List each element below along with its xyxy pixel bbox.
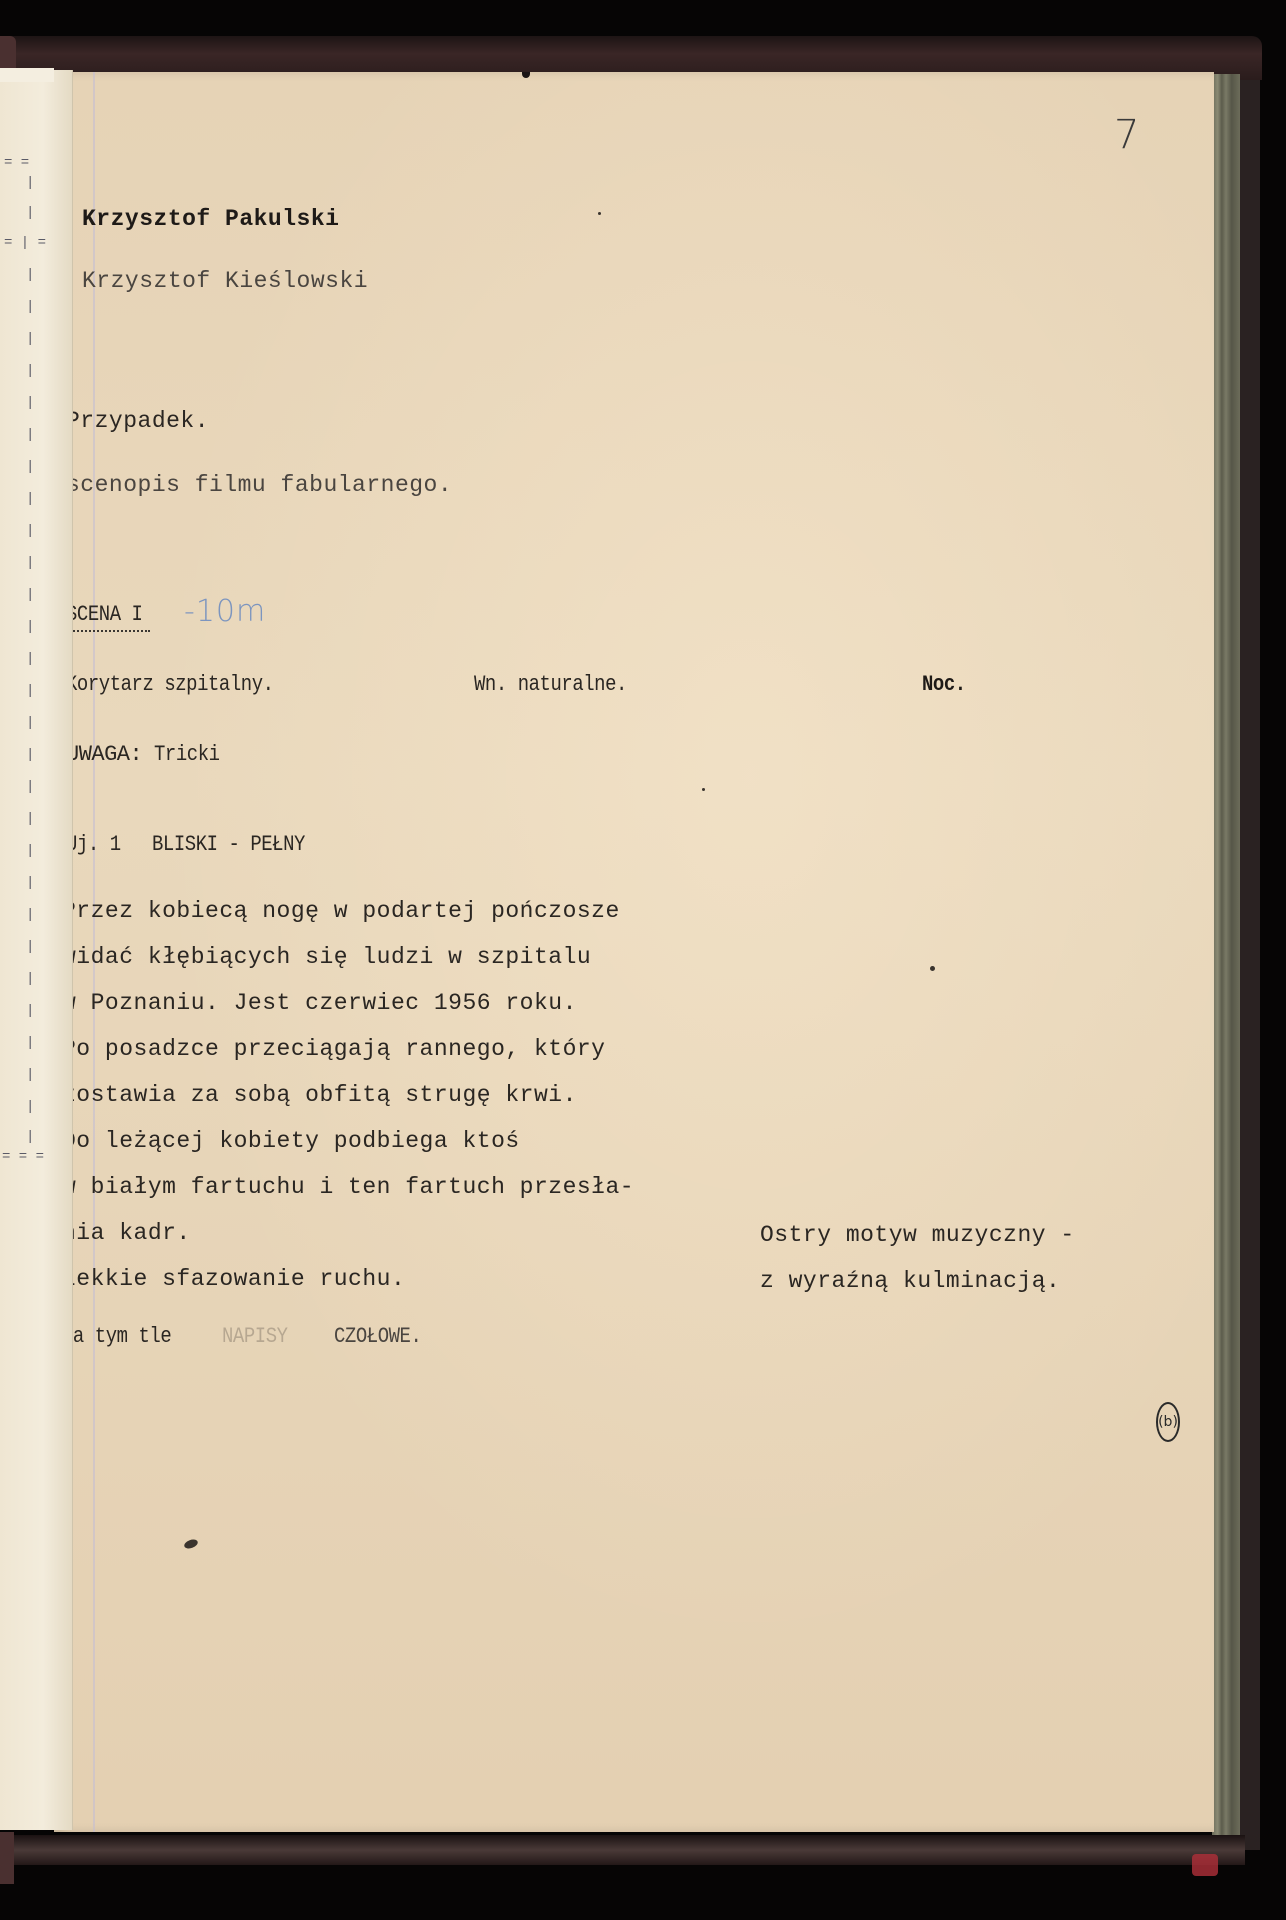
margin-tick: | bbox=[26, 460, 34, 474]
margin-dash-mark: = = bbox=[4, 156, 29, 170]
note-label: UWAGA: bbox=[66, 742, 142, 767]
paper-speck bbox=[930, 966, 935, 971]
binding-bottom-edge bbox=[0, 1835, 1245, 1865]
margin-tick: | bbox=[26, 876, 34, 890]
margin-tick: | bbox=[26, 332, 34, 346]
margin-tick: | bbox=[26, 940, 34, 954]
margin-tick: | bbox=[26, 396, 34, 410]
margin-tick: | bbox=[26, 206, 34, 220]
page-number: 7 bbox=[1114, 112, 1139, 158]
margin-tick: | bbox=[26, 972, 34, 986]
scene-setting: Wn. naturalne. bbox=[474, 672, 627, 697]
description-line-3: w Poznaniu. Jest czerwiec 1956 roku. bbox=[62, 990, 577, 1016]
margin-tick: | bbox=[26, 716, 34, 730]
margin-tick: | bbox=[26, 812, 34, 826]
shot-type: BLISKI - PEŁNY bbox=[152, 832, 305, 857]
binding-left-corner bbox=[0, 36, 16, 70]
margin-tick: | bbox=[26, 1004, 34, 1018]
scene-note: UWAGA: bbox=[66, 742, 165, 767]
music-note-line-1: Ostry motyw muzyczny - bbox=[760, 1222, 1075, 1248]
script-title: Przypadek. bbox=[66, 408, 209, 434]
margin-tick: | bbox=[26, 684, 34, 698]
margin-tick: | bbox=[26, 588, 34, 602]
margin-tick: | bbox=[26, 1068, 34, 1082]
description-line-2: widać kłębiących się ludzi w szpitalu bbox=[62, 944, 591, 970]
final-line-end: CZOŁOWE. bbox=[334, 1324, 421, 1349]
note-value-text: Tricki bbox=[154, 742, 220, 767]
description-line-9: Lekkie sfazowanie ruchu. bbox=[62, 1266, 405, 1292]
margin-tick: | bbox=[26, 844, 34, 858]
margin-tick: | bbox=[26, 524, 34, 538]
description-line-4: Po posadzce przeciągają rannego, który bbox=[62, 1036, 606, 1062]
document-page: 7 Krzysztof Pakulski Krzysztof Kieślowsk… bbox=[54, 72, 1214, 1832]
scene-location: Korytarz szpitalny. bbox=[66, 672, 274, 697]
author-1: Krzysztof Pakulski bbox=[82, 206, 339, 232]
margin-dash-mark: = = = bbox=[2, 1150, 44, 1164]
margin-tick: | bbox=[26, 652, 34, 666]
page-notch bbox=[522, 72, 530, 78]
scene-underline bbox=[66, 630, 150, 632]
description-line-1: Przez kobiecą nogę w podartej pończosze bbox=[62, 898, 620, 924]
margin-tick: | bbox=[26, 176, 34, 190]
shot-number: Uj. 1 bbox=[66, 832, 121, 857]
margin-tick: | bbox=[26, 364, 34, 378]
final-line-faded: NAPISY bbox=[222, 1324, 288, 1349]
margin-tick: | bbox=[26, 1036, 34, 1050]
margin-tick: | bbox=[26, 908, 34, 922]
paper-speck bbox=[183, 1538, 199, 1550]
margin-tick: | bbox=[26, 268, 34, 282]
margin-tick: | bbox=[26, 1130, 34, 1144]
circled-annotation: (b) bbox=[1156, 1402, 1180, 1442]
scene-time: Noc. bbox=[922, 672, 966, 697]
preceding-sheet-edge bbox=[0, 70, 73, 1830]
description-line-5: zostawia za sobą obfitą strugę krwi. bbox=[62, 1082, 577, 1108]
music-note-line-2: z wyraźną kulminacją. bbox=[760, 1268, 1060, 1294]
margin-tick: | bbox=[26, 300, 34, 314]
binding-corner-mark bbox=[1192, 1854, 1218, 1876]
margin-tick: | bbox=[26, 780, 34, 794]
scene-length-note: -10m bbox=[184, 594, 266, 629]
margin-tick: | bbox=[26, 748, 34, 762]
paper-speck bbox=[702, 788, 705, 791]
description-line-7: w białym fartuchu i ten fartuch przesła- bbox=[62, 1174, 634, 1200]
binding-right-edge bbox=[1238, 80, 1260, 1850]
margin-dash-mark: = | = bbox=[4, 236, 46, 250]
page-stack-edge bbox=[1212, 74, 1240, 1846]
preceding-sheet-top bbox=[0, 68, 54, 82]
description-line-6: Do leżącej kobiety podbiega ktoś bbox=[62, 1128, 520, 1154]
margin-tick: | bbox=[26, 556, 34, 570]
margin-tick: | bbox=[26, 492, 34, 506]
description-line-8: nia kadr. bbox=[62, 1220, 191, 1246]
scene-label: SCENA I bbox=[66, 602, 142, 627]
final-line-start: Na tym tle bbox=[62, 1324, 171, 1349]
margin-tick: | bbox=[26, 620, 34, 634]
margin-tick: | bbox=[26, 428, 34, 442]
author-2: Krzysztof Kieślowski bbox=[82, 268, 368, 294]
margin-tick: | bbox=[26, 1100, 34, 1114]
paper-speck bbox=[598, 212, 601, 215]
script-subtitle: scenopis filmu fabularnego. bbox=[66, 472, 452, 498]
binding-left-bottom bbox=[0, 1832, 14, 1884]
